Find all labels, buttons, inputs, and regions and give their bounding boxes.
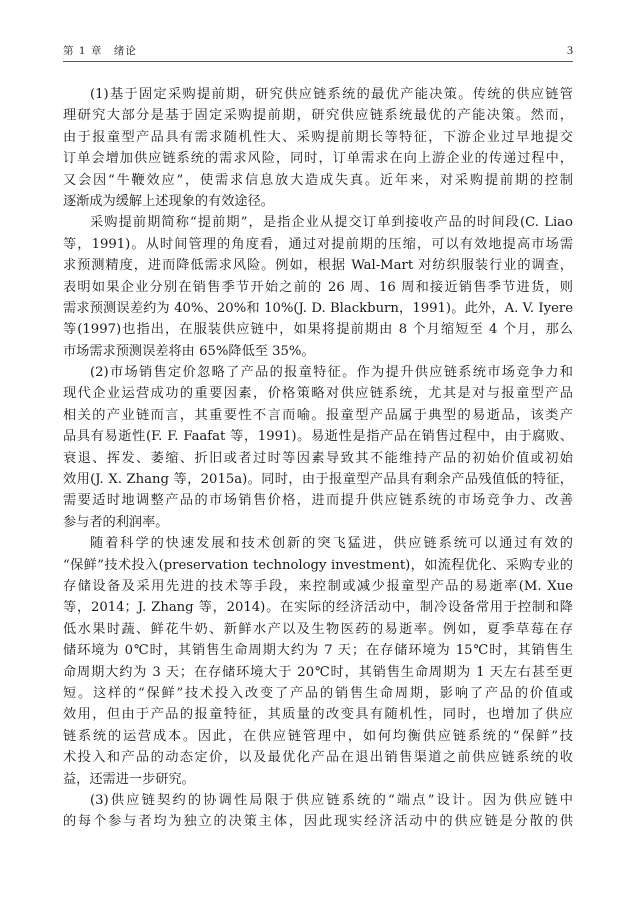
text-line: 的每个参与者均为独立的决策主体，因此现实经济活动中的供应链是分散的供: [63, 811, 573, 832]
text-line: 效用，但由于产品的报童特征，其质量的改变具有随机性，同时，也增加了供应: [63, 704, 573, 725]
text-line: 存储设备及采用先进的技术等手段，来控制或减少报童型产品的易逝率(M. Xue: [63, 576, 573, 597]
text-line: 品具有易逝性(F. F. Faafat 等，1991)。易逝性是指产品在销售过程…: [63, 426, 573, 447]
text-line: 市场需求预测误差将由 65%降低至 35%。: [63, 341, 573, 362]
text-line: 订单会增加供应链系统的需求风险，同时，订单需求在向上游企业的传递过程中，: [63, 148, 573, 169]
text-line: 需要适时地调整产品的市场销售价格，进而提升供应链系统的市场竞争力、改善: [63, 490, 573, 511]
running-header: 第 1 章 绪论 3: [63, 43, 573, 61]
text-line: (3)供应链契约的协调性局限于供应链系统的“端点”设计。因为供应链中: [63, 790, 573, 811]
text-line: 现代企业运营成功的重要因素，价格策略对供应链系统，尤其是对与报童型产品: [63, 383, 573, 404]
text-line: 术投入和产品的动态定价，以及最优化产品在退出销售渠道之前供应链系统的收: [63, 747, 573, 768]
text-line: 随着科学的快速发展和技术创新的突飞猛进，供应链系统可以通过有效的: [63, 533, 573, 554]
text-line: (1)基于固定采购提前期，研究供应链系统的最优产能决策。传统的供应链管: [63, 84, 573, 105]
text-line: (2)市场销售定价忽略了产品的报童特征。作为提升供应链系统市场竞争力和: [63, 362, 573, 383]
text-line: 表明如果企业分别在销售季节开始之前的 26 周、16 周和接近销售季节进货，则: [63, 277, 573, 298]
text-line: 命周期大约为 3 天；在存储环境大于 20℃时，其销售生命周期为 1 天左右甚至…: [63, 662, 573, 683]
text-line: 衰退、挥发、萎缩、折旧或者过时等因素导致其不能维持产品的初始价值或初始: [63, 448, 573, 469]
text-line: 理研究大部分是基于固定采购提前期，研究供应链系统最优的产能决策。然而，: [63, 105, 573, 126]
header-rule: [63, 61, 573, 62]
chapter-title: 第 1 章 绪论: [63, 43, 137, 58]
text-line: 参与者的利润率。: [63, 512, 573, 533]
text-line: 相关的产业链而言，其重要性不言而喻。报童型产品属于典型的易逝品，该类产: [63, 405, 573, 426]
text-line: 链系统的运营成本。因此，在供应链管理中，如何均衡供应链系统的“保鲜”技: [63, 726, 573, 747]
text-line: 效用(J. X. Zhang 等，2015a)。同时，由于报童型产品具有剩余产品…: [63, 469, 573, 490]
text-line: 需求预测误差约为 40%、20%和 10%(J. D. Blackburn，19…: [63, 298, 573, 319]
page-number: 3: [567, 43, 573, 58]
text-line: 益，还需进一步研究。: [63, 769, 573, 790]
text-line: 等(1997)也指出，在服装供应链中，如果将提前期由 8 个月缩短至 4 个月，…: [63, 319, 573, 340]
text-line: 短。这样的“保鲜”技术投入改变了产品的销售生命周期，影响了产品的价值或: [63, 683, 573, 704]
text-line: 等，1991)。从时间管理的角度看，通过对提前期的压缩，可以有效地提高市场需: [63, 234, 573, 255]
text-line: 逐渐成为缓解上述现象的有效途径。: [63, 191, 573, 212]
text-line: 由于报童型产品具有需求随机性大、采购提前期长等特征，下游企业过早地提交: [63, 127, 573, 148]
text-line: “保鲜”技术投入(preservation technology investm…: [63, 555, 573, 576]
text-line: 求预测精度，进而降低需求风险。例如，根据 Wal-Mart 对纺织服装行业的调查…: [63, 255, 573, 276]
text-line: 低水果时蔬、鲜花牛奶、新鲜水产以及生物医药的易逝率。例如，夏季草莓在存: [63, 619, 573, 640]
text-line: 又会因“牛鞭效应”，使需求信息放大造成失真。近年来，对采购提前期的控制: [63, 170, 573, 191]
text-line: 储环境为 0℃时，其销售生命周期大约为 7 天；在存储环境为 15℃时，其销售生: [63, 640, 573, 661]
text-line: 等，2014；J. Zhang 等，2014)。在实际的经济活动中，制冷设备常用…: [63, 597, 573, 618]
body-text: (1)基于固定采购提前期，研究供应链系统的最优产能决策。传统的供应链管理研究大部…: [63, 84, 573, 833]
text-line: 采购提前期简称“提前期”，是指企业从提交订单到接收产品的时间段(C. Liao: [63, 212, 573, 233]
document-page: 第 1 章 绪论 3 (1)基于固定采购提前期，研究供应链系统的最优产能决策。传…: [0, 0, 638, 902]
